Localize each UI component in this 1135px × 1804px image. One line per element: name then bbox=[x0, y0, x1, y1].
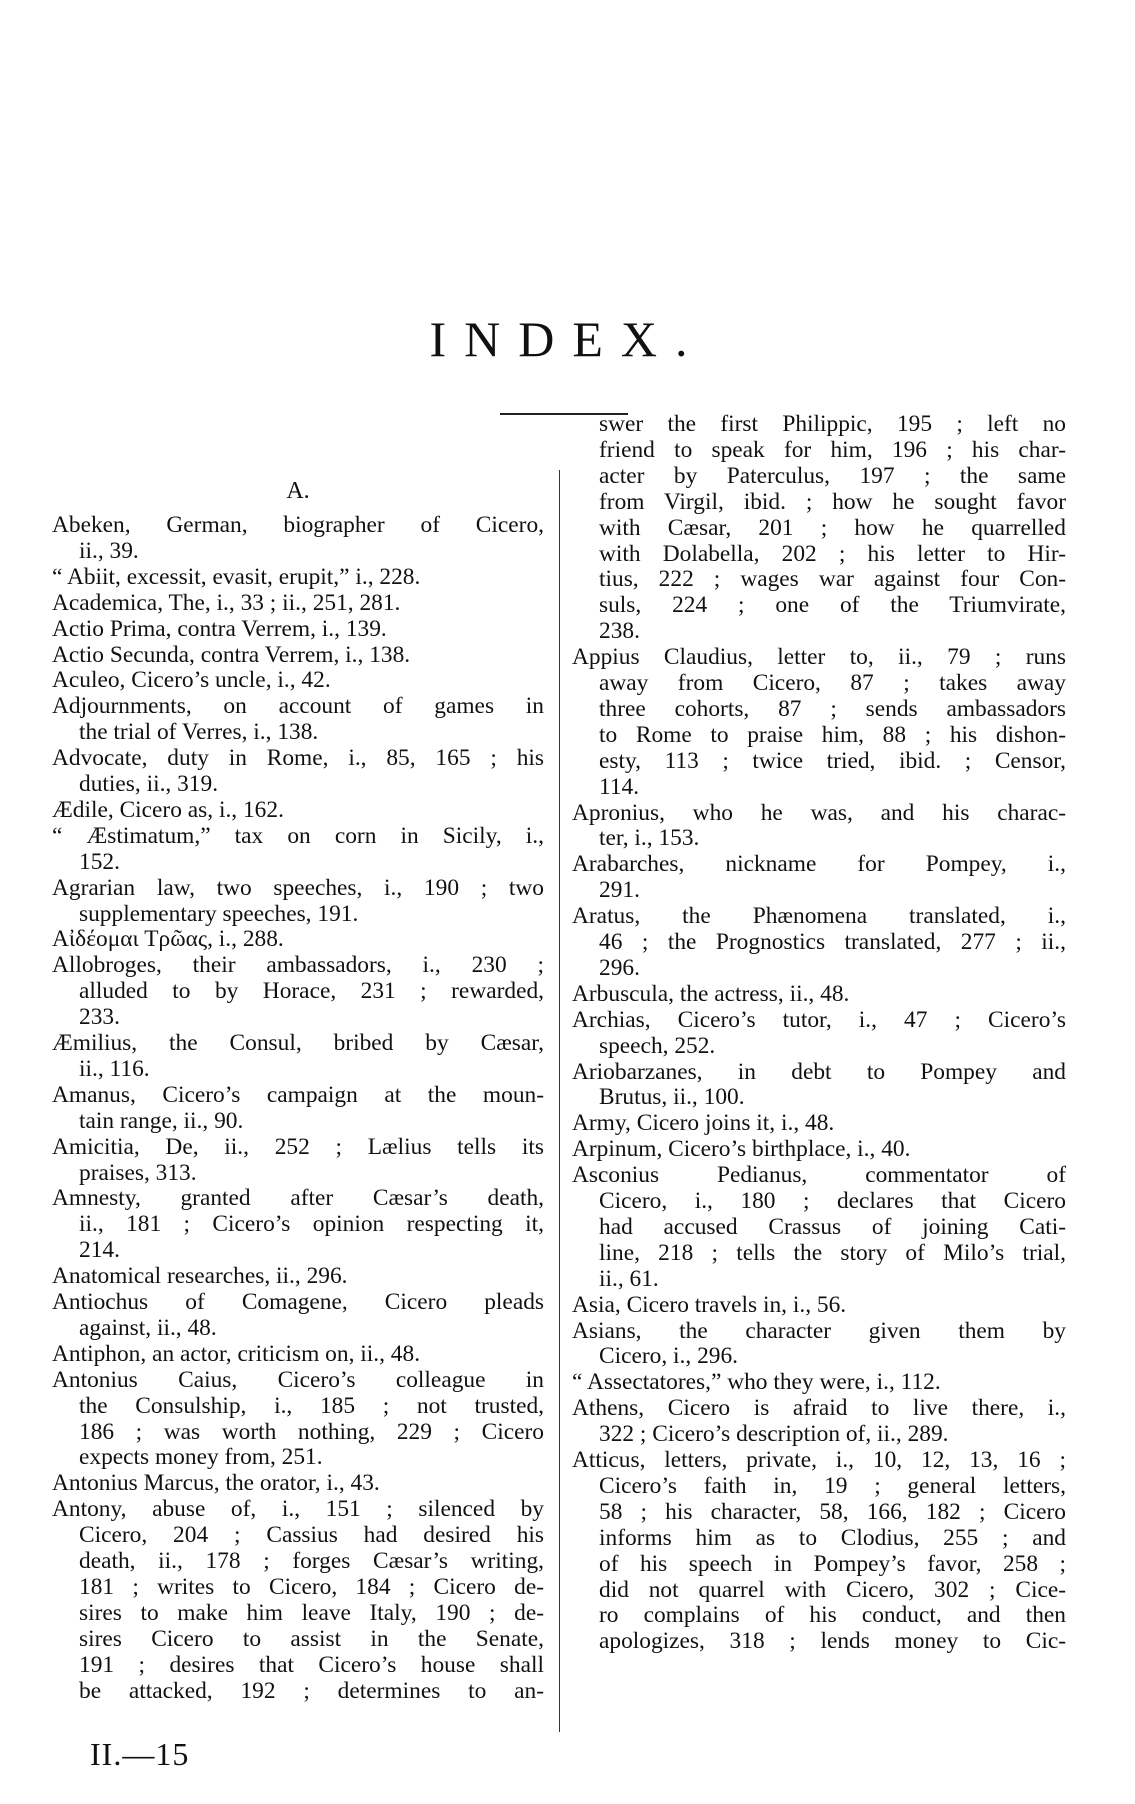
index-line: Asconius Pedianus, commentator of bbox=[572, 1163, 1066, 1188]
index-line: 46 ; the Prognostics translated, 277 ; i… bbox=[572, 930, 1066, 955]
index-line: 296. bbox=[572, 956, 1066, 981]
index-line: Academica, The, i., 33 ; ii., 251, 281. bbox=[52, 591, 544, 616]
index-line: Amnesty, granted after Cæsar’s death, bbox=[52, 1186, 544, 1211]
index-line: 114. bbox=[572, 775, 1066, 800]
index-line: 233. bbox=[52, 1005, 544, 1030]
index-line: 238. bbox=[572, 619, 1066, 644]
index-line: Army, Cicero joins it, i., 48. bbox=[572, 1111, 1066, 1136]
index-line: Ariobarzanes, in debt to Pompey and bbox=[572, 1060, 1066, 1085]
index-line: Appius Claudius, letter to, ii., 79 ; ru… bbox=[572, 645, 1066, 670]
index-line: praises, 313. bbox=[52, 1161, 544, 1186]
index-line: acter by Paterculus, 197 ; the same bbox=[572, 464, 1066, 489]
index-line: Æmilius, the Consul, bribed by Cæsar, bbox=[52, 1031, 544, 1056]
index-line: speech, 252. bbox=[572, 1034, 1066, 1059]
index-line: Ædile, Cicero as, i., 162. bbox=[52, 798, 544, 823]
index-line: Aratus, the Phænomena translated, i., bbox=[572, 904, 1066, 929]
column-divider bbox=[559, 470, 560, 1732]
index-line: 291. bbox=[572, 878, 1066, 903]
index-line: ii., 116. bbox=[52, 1057, 544, 1082]
index-line: Cicero’s faith in, 19 ; general letters, bbox=[572, 1474, 1066, 1499]
index-line: Anatomical researches, ii., 296. bbox=[52, 1264, 544, 1289]
index-line: had accused Crassus of joining Cati- bbox=[572, 1215, 1066, 1240]
index-line: sires to make him leave Italy, 190 ; de- bbox=[52, 1601, 544, 1626]
index-line: ii., 39. bbox=[52, 539, 544, 564]
index-line: Adjournments, on account of games in bbox=[52, 694, 544, 719]
index-line: Cicero, i., 296. bbox=[572, 1344, 1066, 1369]
index-line: Αἰδέομαι Τρῶας, i., 288. bbox=[52, 927, 544, 952]
index-line: 214. bbox=[52, 1238, 544, 1263]
index-line: ter, i., 153. bbox=[572, 826, 1066, 851]
index-line: swer the first Philippic, 195 ; left no bbox=[572, 412, 1066, 437]
index-line: Actio Secunda, contra Verrem, i., 138. bbox=[52, 643, 544, 668]
index-line: ii., 181 ; Cicero’s opinion respecting i… bbox=[52, 1212, 544, 1237]
index-line: Antiphon, an actor, criticism on, ii., 4… bbox=[52, 1342, 544, 1367]
index-line: to Rome to praise him, 88 ; his dishon- bbox=[572, 723, 1066, 748]
index-line: apologizes, 318 ; lends money to Cic- bbox=[572, 1629, 1066, 1654]
index-line: friend to speak for him, 196 ; his char- bbox=[572, 438, 1066, 463]
index-line: Brutus, ii., 100. bbox=[572, 1085, 1066, 1110]
section-letter: A. bbox=[52, 478, 544, 505]
index-line: Amanus, Cicero’s campaign at the moun- bbox=[52, 1083, 544, 1108]
index-line: be attacked, 192 ; determines to an- bbox=[52, 1679, 544, 1704]
index-line: Athens, Cicero is afraid to live there, … bbox=[572, 1396, 1066, 1421]
index-line: Arpinum, Cicero’s birthplace, i., 40. bbox=[572, 1137, 1066, 1162]
index-line: “ Æstimatum,” tax on corn in Sicily, i., bbox=[52, 824, 544, 849]
index-line: Antonius Caius, Cicero’s colleague in bbox=[52, 1368, 544, 1393]
index-line: Antiochus of Comagene, Cicero pleads bbox=[52, 1290, 544, 1315]
index-line: supplementary speeches, 191. bbox=[52, 902, 544, 927]
page-title: INDEX. bbox=[0, 310, 1135, 368]
index-line: 322 ; Cicero’s description of, ii., 289. bbox=[572, 1422, 1066, 1447]
index-line: ii., 61. bbox=[572, 1267, 1066, 1292]
index-line: line, 218 ; tells the story of Milo’s tr… bbox=[572, 1241, 1066, 1266]
index-line: ro complains of his conduct, and then bbox=[572, 1603, 1066, 1628]
index-line: alluded to by Horace, 231 ; rewarded, bbox=[52, 979, 544, 1004]
index-line: expects money from, 251. bbox=[52, 1445, 544, 1470]
index-line: Abeken, German, biographer of Cicero, bbox=[52, 513, 544, 538]
index-line: tain range, ii., 90. bbox=[52, 1109, 544, 1134]
index-line: the trial of Verres, i., 138. bbox=[52, 720, 544, 745]
index-line: the Consulship, i., 185 ; not trusted, bbox=[52, 1394, 544, 1419]
index-line: did not quarrel with Cicero, 302 ; Cice- bbox=[572, 1578, 1066, 1603]
index-line: Amicitia, De, ii., 252 ; Lælius tells it… bbox=[52, 1135, 544, 1160]
index-line: esty, 113 ; twice tried, ibid. ; Censor, bbox=[572, 749, 1066, 774]
index-line: Asia, Cicero travels in, i., 56. bbox=[572, 1293, 1066, 1318]
index-line: “ Assectatores,” who they were, i., 112. bbox=[572, 1370, 1066, 1395]
folio-signature: II.—15 bbox=[90, 1736, 189, 1773]
index-line: Archias, Cicero’s tutor, i., 47 ; Cicero… bbox=[572, 1008, 1066, 1033]
index-line: Agrarian law, two speeches, i., 190 ; tw… bbox=[52, 876, 544, 901]
index-line: Arbuscula, the actress, ii., 48. bbox=[572, 982, 1066, 1007]
index-line: Aculeo, Cicero’s uncle, i., 42. bbox=[52, 668, 544, 693]
index-line: Arabarches, nickname for Pompey, i., bbox=[572, 852, 1066, 877]
index-line: Antony, abuse of, i., 151 ; silenced by bbox=[52, 1497, 544, 1522]
index-line: 58 ; his character, 58, 166, 182 ; Cicer… bbox=[572, 1500, 1066, 1525]
index-line: Advocate, duty in Rome, i., 85, 165 ; hi… bbox=[52, 746, 544, 771]
index-line: Atticus, letters, private, i., 10, 12, 1… bbox=[572, 1448, 1066, 1473]
index-line: Allobroges, their ambassadors, i., 230 ; bbox=[52, 953, 544, 978]
index-line: Cicero, 204 ; Cassius had desired his bbox=[52, 1523, 544, 1548]
index-line: “ Abiit, excessit, evasit, erupit,” i., … bbox=[52, 565, 544, 590]
index-line: suls, 224 ; one of the Triumvirate, bbox=[572, 593, 1066, 618]
index-line: Asians, the character given them by bbox=[572, 1319, 1066, 1344]
index-line: with Cæsar, 201 ; how he quarrelled bbox=[572, 516, 1066, 541]
index-line: Antonius Marcus, the orator, i., 43. bbox=[52, 1471, 544, 1496]
index-line: informs him as to Clodius, 255 ; and bbox=[572, 1526, 1066, 1551]
index-line: death, ii., 178 ; forges Cæsar’s writing… bbox=[52, 1549, 544, 1574]
index-line: duties, ii., 319. bbox=[52, 772, 544, 797]
index-line: from Virgil, ibid. ; how he sought favor bbox=[572, 490, 1066, 515]
index-line: three cohorts, 87 ; sends ambassadors bbox=[572, 697, 1066, 722]
index-line: 191 ; desires that Cicero’s house shall bbox=[52, 1653, 544, 1678]
index-line: Actio Prima, contra Verrem, i., 139. bbox=[52, 617, 544, 642]
index-line: 186 ; was worth nothing, 229 ; Cicero bbox=[52, 1420, 544, 1445]
index-line: with Dolabella, 202 ; his letter to Hir- bbox=[572, 542, 1066, 567]
index-line: of his speech in Pompey’s favor, 258 ; bbox=[572, 1552, 1066, 1577]
index-line: Cicero, i., 180 ; declares that Cicero bbox=[572, 1189, 1066, 1214]
index-line: against, ii., 48. bbox=[52, 1316, 544, 1341]
index-line: tius, 222 ; wages war against four Con- bbox=[572, 567, 1066, 592]
index-line: sires Cicero to assist in the Senate, bbox=[52, 1627, 544, 1652]
index-line: Apronius, who he was, and his charac- bbox=[572, 801, 1066, 826]
index-line: away from Cicero, 87 ; takes away bbox=[572, 671, 1066, 696]
index-line: 181 ; writes to Cicero, 184 ; Cicero de- bbox=[52, 1575, 544, 1600]
index-line: 152. bbox=[52, 850, 544, 875]
